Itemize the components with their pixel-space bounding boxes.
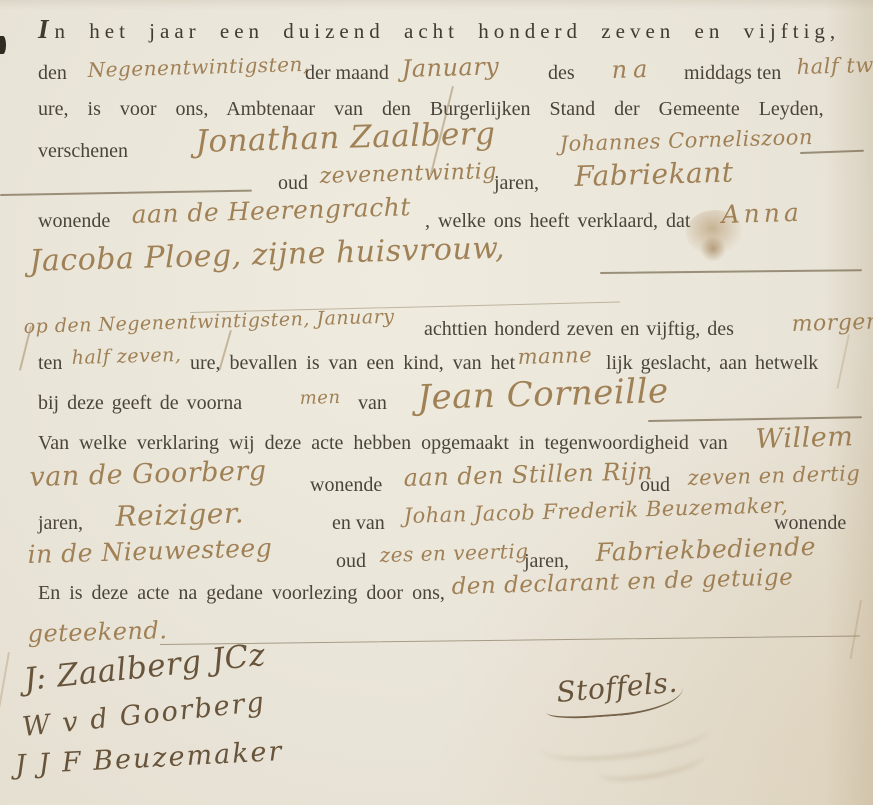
pen-stroke [0, 652, 10, 711]
handwritten-witness2-name: Johan Jacob Frederik Beuzemaker, [403, 493, 788, 528]
handwritten-witness1-address: aan den Stillen Rijn [403, 457, 653, 492]
printed-birth-year: achttien honderd zeven en vijftig, des [424, 318, 734, 341]
ink-stain [700, 236, 726, 262]
handwritten-witness1-occupation: Reiziger. [115, 496, 244, 533]
printed-oud: oud [278, 172, 308, 195]
printed-jaren3: jaren, [524, 550, 569, 573]
handwritten-geteekend: geteekend. [27, 616, 168, 648]
handwritten-day: Negenentwintigsten, [87, 52, 310, 82]
handwritten-mother-rest: Jacoba Ploeg, zijne huisvrouw, [29, 231, 505, 279]
printed-oud3: oud [336, 550, 366, 573]
printed-wonende2: wonende [310, 474, 382, 497]
printed-des: des [548, 62, 575, 85]
birth-record-scan: { "colors": { "paper": "#e9e4d8", "print… [0, 0, 873, 805]
scan-edge-mark [0, 36, 6, 54]
handwritten-birth-time: half zeven, [71, 344, 181, 369]
handwritten-address: aan de Heerengracht [131, 192, 411, 229]
printed-verschenen: verschenen [38, 140, 128, 163]
paper-background: In het jaar een duizend acht honderd zev… [0, 0, 873, 805]
printed-bij-deze: bij deze geeft de voorna [38, 392, 242, 415]
printed-jaren: jaren, [494, 172, 539, 195]
handwritten-witness1-first: Willem [755, 421, 854, 455]
fill-dash [800, 150, 864, 154]
handwritten-declarant-patronym: Johannes Corneliszoon [559, 125, 813, 156]
printed-voorlezing: En is deze acte na gedane voorlezing doo… [38, 582, 445, 605]
handwritten-witness2-age: zes en veertig [379, 539, 528, 567]
handwritten-declarant-name: Jonathan Zaalberg [195, 116, 496, 160]
printed-ure-bevallen: ure, bevallen is van een kind, van het [190, 352, 515, 375]
printed-welke: , welke ons heeft verklaard, dat [425, 210, 690, 233]
handwritten-witness1-age-cutoff: zeven en dertig [687, 461, 860, 490]
printed-middags-ten: middags ten [684, 62, 781, 85]
handwritten-declarant-getuige: den declarant en de getuige [451, 564, 793, 600]
fill-dash [0, 190, 252, 196]
pen-stroke [850, 600, 862, 659]
printed-van: van [358, 392, 387, 415]
printed-en-van: en van [332, 512, 385, 535]
handwritten-occupation: Fabriekant [574, 156, 734, 193]
handwritten-age: zevenentwintig [319, 159, 497, 189]
printed-der-maand: der maand [305, 62, 389, 85]
handwritten-birth-date: op den Negenentwintigsten, January [23, 306, 394, 338]
handwritten-time-cutoff: half twe [796, 52, 873, 79]
handwritten-child-name: Jean Corneille [417, 371, 669, 418]
printed-jaren2: jaren, [38, 512, 83, 535]
printed-verklaring: Van welke verklaring wij deze acte hebbe… [38, 432, 728, 455]
handwritten-witness2-address: in de Nieuwesteeg [27, 533, 272, 569]
handwritten-gender: manne [517, 343, 592, 369]
printed-oud2: oud [640, 474, 670, 497]
printed-ten: ten [38, 352, 62, 375]
handwritten-witness2-occupation: Fabriekbediende [595, 532, 816, 567]
fill-rule [160, 635, 860, 645]
printed-den: den [38, 62, 67, 85]
pen-stroke [836, 334, 850, 389]
signature-witness2: J J F Beuzemaker [14, 736, 284, 781]
printed-wonende: wonende [38, 210, 110, 233]
pen-stroke [190, 301, 620, 313]
handwritten-daypart: na [611, 55, 654, 84]
handwritten-birth-daypart-cutoff: morgens [791, 309, 873, 337]
handwritten-witness1-last: van de Goorberg [29, 455, 267, 493]
handwritten-month: January [401, 52, 499, 83]
signature-witness1: W v d Goorberg [21, 687, 267, 743]
printed-year-line: In het jaar een duizend acht honderd zev… [38, 14, 866, 45]
handwritten-men: men [299, 387, 340, 409]
fill-dash [600, 269, 862, 274]
